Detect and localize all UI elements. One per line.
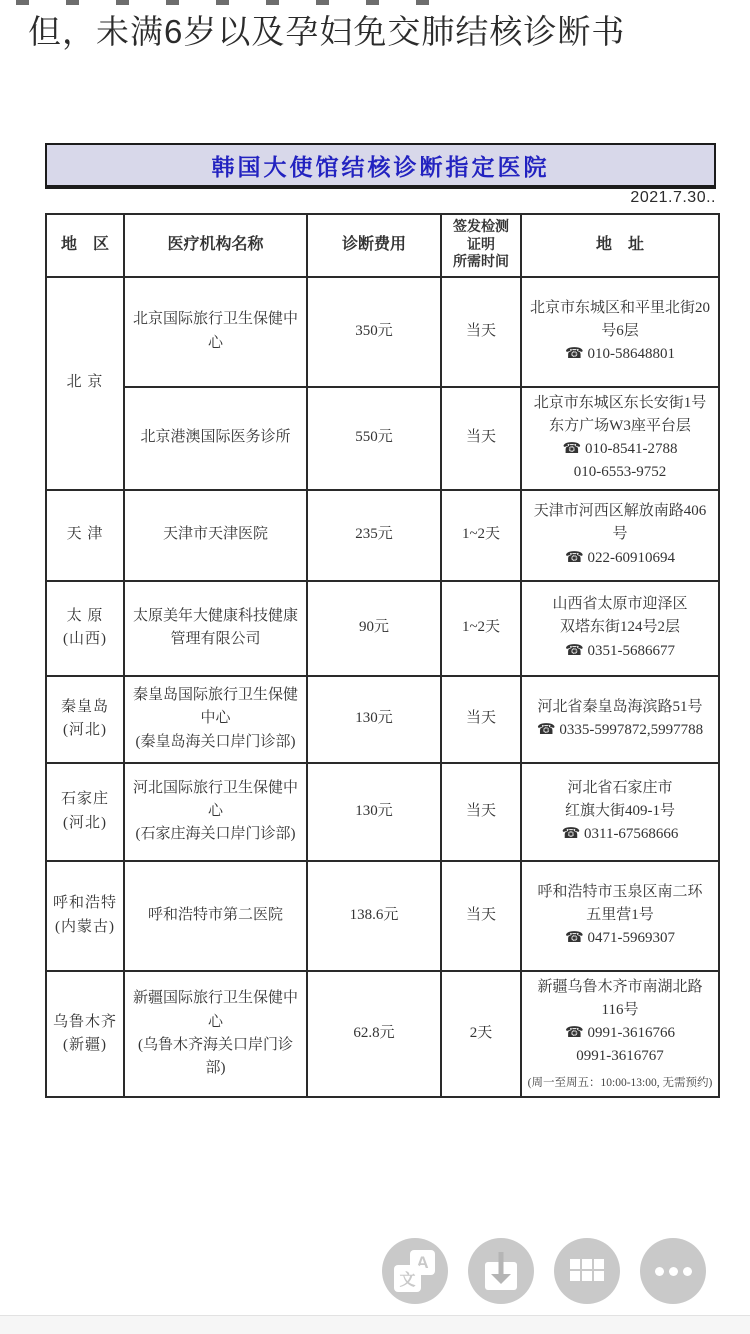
region-cell: 秦皇岛 (河北): [46, 676, 124, 763]
address-cell: 山西省太原市迎泽区 双塔东街124号2层 ☎ 0351-5686677: [521, 581, 719, 676]
name-cell: 呼和浩特市第二医院: [124, 861, 307, 971]
table-row: 太 原 (山西) 太原美年大健康科技健康 管理有限公司 90元 1~2天 山西省…: [46, 581, 719, 676]
region-cell: 天 津: [46, 490, 124, 581]
time-cell: 1~2天: [441, 490, 521, 581]
time-cell: 2天: [441, 971, 521, 1098]
name-cell: 秦皇岛国际旅行卫生保健中心 (秦皇岛海关口岸门诊部): [124, 676, 307, 763]
time-cell: 当天: [441, 676, 521, 763]
opening-hours-note: (周一至周五：10:00-13:00, 无需预约): [527, 1075, 713, 1093]
fee-cell: 550元: [307, 387, 441, 490]
name-cell: 天津市天津医院: [124, 490, 307, 581]
exemption-note: 但，未满6岁以及孕妇免交肺结核诊断书: [28, 6, 728, 53]
address-cell: 呼和浩特市玉泉区南二环 五里营1号 ☎ 0471-5969307: [521, 861, 719, 971]
document-page: 但，未满6岁以及孕妇免交肺结核诊断书 韩国大使馆结核诊断指定医院 2021.7.…: [0, 0, 750, 1334]
time-cell: 当天: [441, 277, 521, 387]
address-cell: 河北省石家庄市 红旗大街409-1号 ☎ 0311-67568666: [521, 763, 719, 861]
grid-icon: [570, 1259, 604, 1283]
table-title-banner: 韩国大使馆结核诊断指定医院: [45, 143, 716, 187]
fee-cell: 130元: [307, 676, 441, 763]
document-date: 2021.7.30..: [630, 189, 716, 207]
table-row: 石家庄 (河北) 河北国际旅行卫生保健中心 (石家庄海关口岸门诊部) 130元 …: [46, 763, 719, 861]
hospital-table: 地 区 医疗机构名称 诊断费用 签发检测 证明 所需时间 地 址 北 京 北京国…: [45, 213, 720, 1098]
table-row: 乌鲁木齐 (新疆) 新疆国际旅行卫生保健中心 (乌鲁木齐海关口岸门诊部) 62.…: [46, 971, 719, 1098]
action-bar: A 文: [382, 1238, 706, 1304]
name-cell: 北京港澳国际医务诊所: [124, 387, 307, 490]
grid-view-button[interactable]: [554, 1238, 620, 1304]
table-row: 北 京 北京国际旅行卫生保健中心 350元 当天 北京市东城区和平里北街20号6…: [46, 277, 719, 387]
bottom-bar: [0, 1315, 750, 1334]
fee-cell: 350元: [307, 277, 441, 387]
address-cell: 天津市河西区解放南路406号 ☎ 022-60910694: [521, 490, 719, 581]
col-header-name: 医疗机构名称: [124, 214, 307, 277]
time-cell: 1~2天: [441, 581, 521, 676]
region-cell: 呼和浩特 (内蒙古): [46, 861, 124, 971]
address-cell: 北京市东城区和平里北街20号6层 ☎ 010-58648801: [521, 277, 719, 387]
col-header-time: 签发检测 证明 所需时间: [441, 214, 521, 277]
table-row: 秦皇岛 (河北) 秦皇岛国际旅行卫生保健中心 (秦皇岛海关口岸门诊部) 130元…: [46, 676, 719, 763]
time-cell: 当天: [441, 861, 521, 971]
region-cell: 太 原 (山西): [46, 581, 124, 676]
time-cell: 当天: [441, 763, 521, 861]
cropped-text-fragments: [16, 0, 446, 5]
region-cell: 乌鲁木齐 (新疆): [46, 971, 124, 1098]
table-row: 北京港澳国际医务诊所 550元 当天 北京市东城区东长安街1号 东方广场W3座平…: [46, 387, 719, 490]
header-row: 地 区 医疗机构名称 诊断费用 签发检测 证明 所需时间 地 址: [46, 214, 719, 277]
address-text: 新疆乌鲁木齐市南湖北路116号 ☎ 0991-3616766 0991-3616…: [537, 979, 702, 1065]
name-cell: 河北国际旅行卫生保健中心 (石家庄海关口岸门诊部): [124, 763, 307, 861]
region-cell: 北 京: [46, 277, 124, 490]
more-icon: [640, 1238, 706, 1304]
name-cell: 太原美年大健康科技健康 管理有限公司: [124, 581, 307, 676]
col-header-region: 地 区: [46, 214, 124, 277]
col-header-address: 地 址: [521, 214, 719, 277]
table-title: 韩国大使馆结核诊断指定医院: [212, 149, 550, 182]
name-cell: 北京国际旅行卫生保健中心: [124, 277, 307, 387]
more-button[interactable]: [640, 1238, 706, 1304]
cjk-letter-box: 文: [394, 1265, 421, 1292]
table-row: 呼和浩特 (内蒙古) 呼和浩特市第二医院 138.6元 当天 呼和浩特市玉泉区南…: [46, 861, 719, 971]
time-cell: 当天: [441, 387, 521, 490]
translate-button[interactable]: A 文: [382, 1238, 448, 1304]
download-button[interactable]: [468, 1238, 534, 1304]
name-cell: 新疆国际旅行卫生保健中心 (乌鲁木齐海关口岸门诊部): [124, 971, 307, 1098]
fee-cell: 138.6元: [307, 861, 441, 971]
fee-cell: 235元: [307, 490, 441, 581]
table-row: 天 津 天津市天津医院 235元 1~2天 天津市河西区解放南路406号 ☎ 0…: [46, 490, 719, 581]
fee-cell: 62.8元: [307, 971, 441, 1098]
col-header-fee: 诊断费用: [307, 214, 441, 277]
download-icon: [483, 1248, 519, 1294]
address-cell: 新疆乌鲁木齐市南湖北路116号 ☎ 0991-3616766 0991-3616…: [521, 971, 719, 1098]
address-cell: 河北省秦皇岛海滨路51号 ☎ 0335-5997872,5997788: [521, 676, 719, 763]
region-cell: 石家庄 (河北): [46, 763, 124, 861]
address-cell: 北京市东城区东长安街1号 东方广场W3座平台层 ☎ 010-8541-2788 …: [521, 387, 719, 490]
fee-cell: 90元: [307, 581, 441, 676]
fee-cell: 130元: [307, 763, 441, 861]
